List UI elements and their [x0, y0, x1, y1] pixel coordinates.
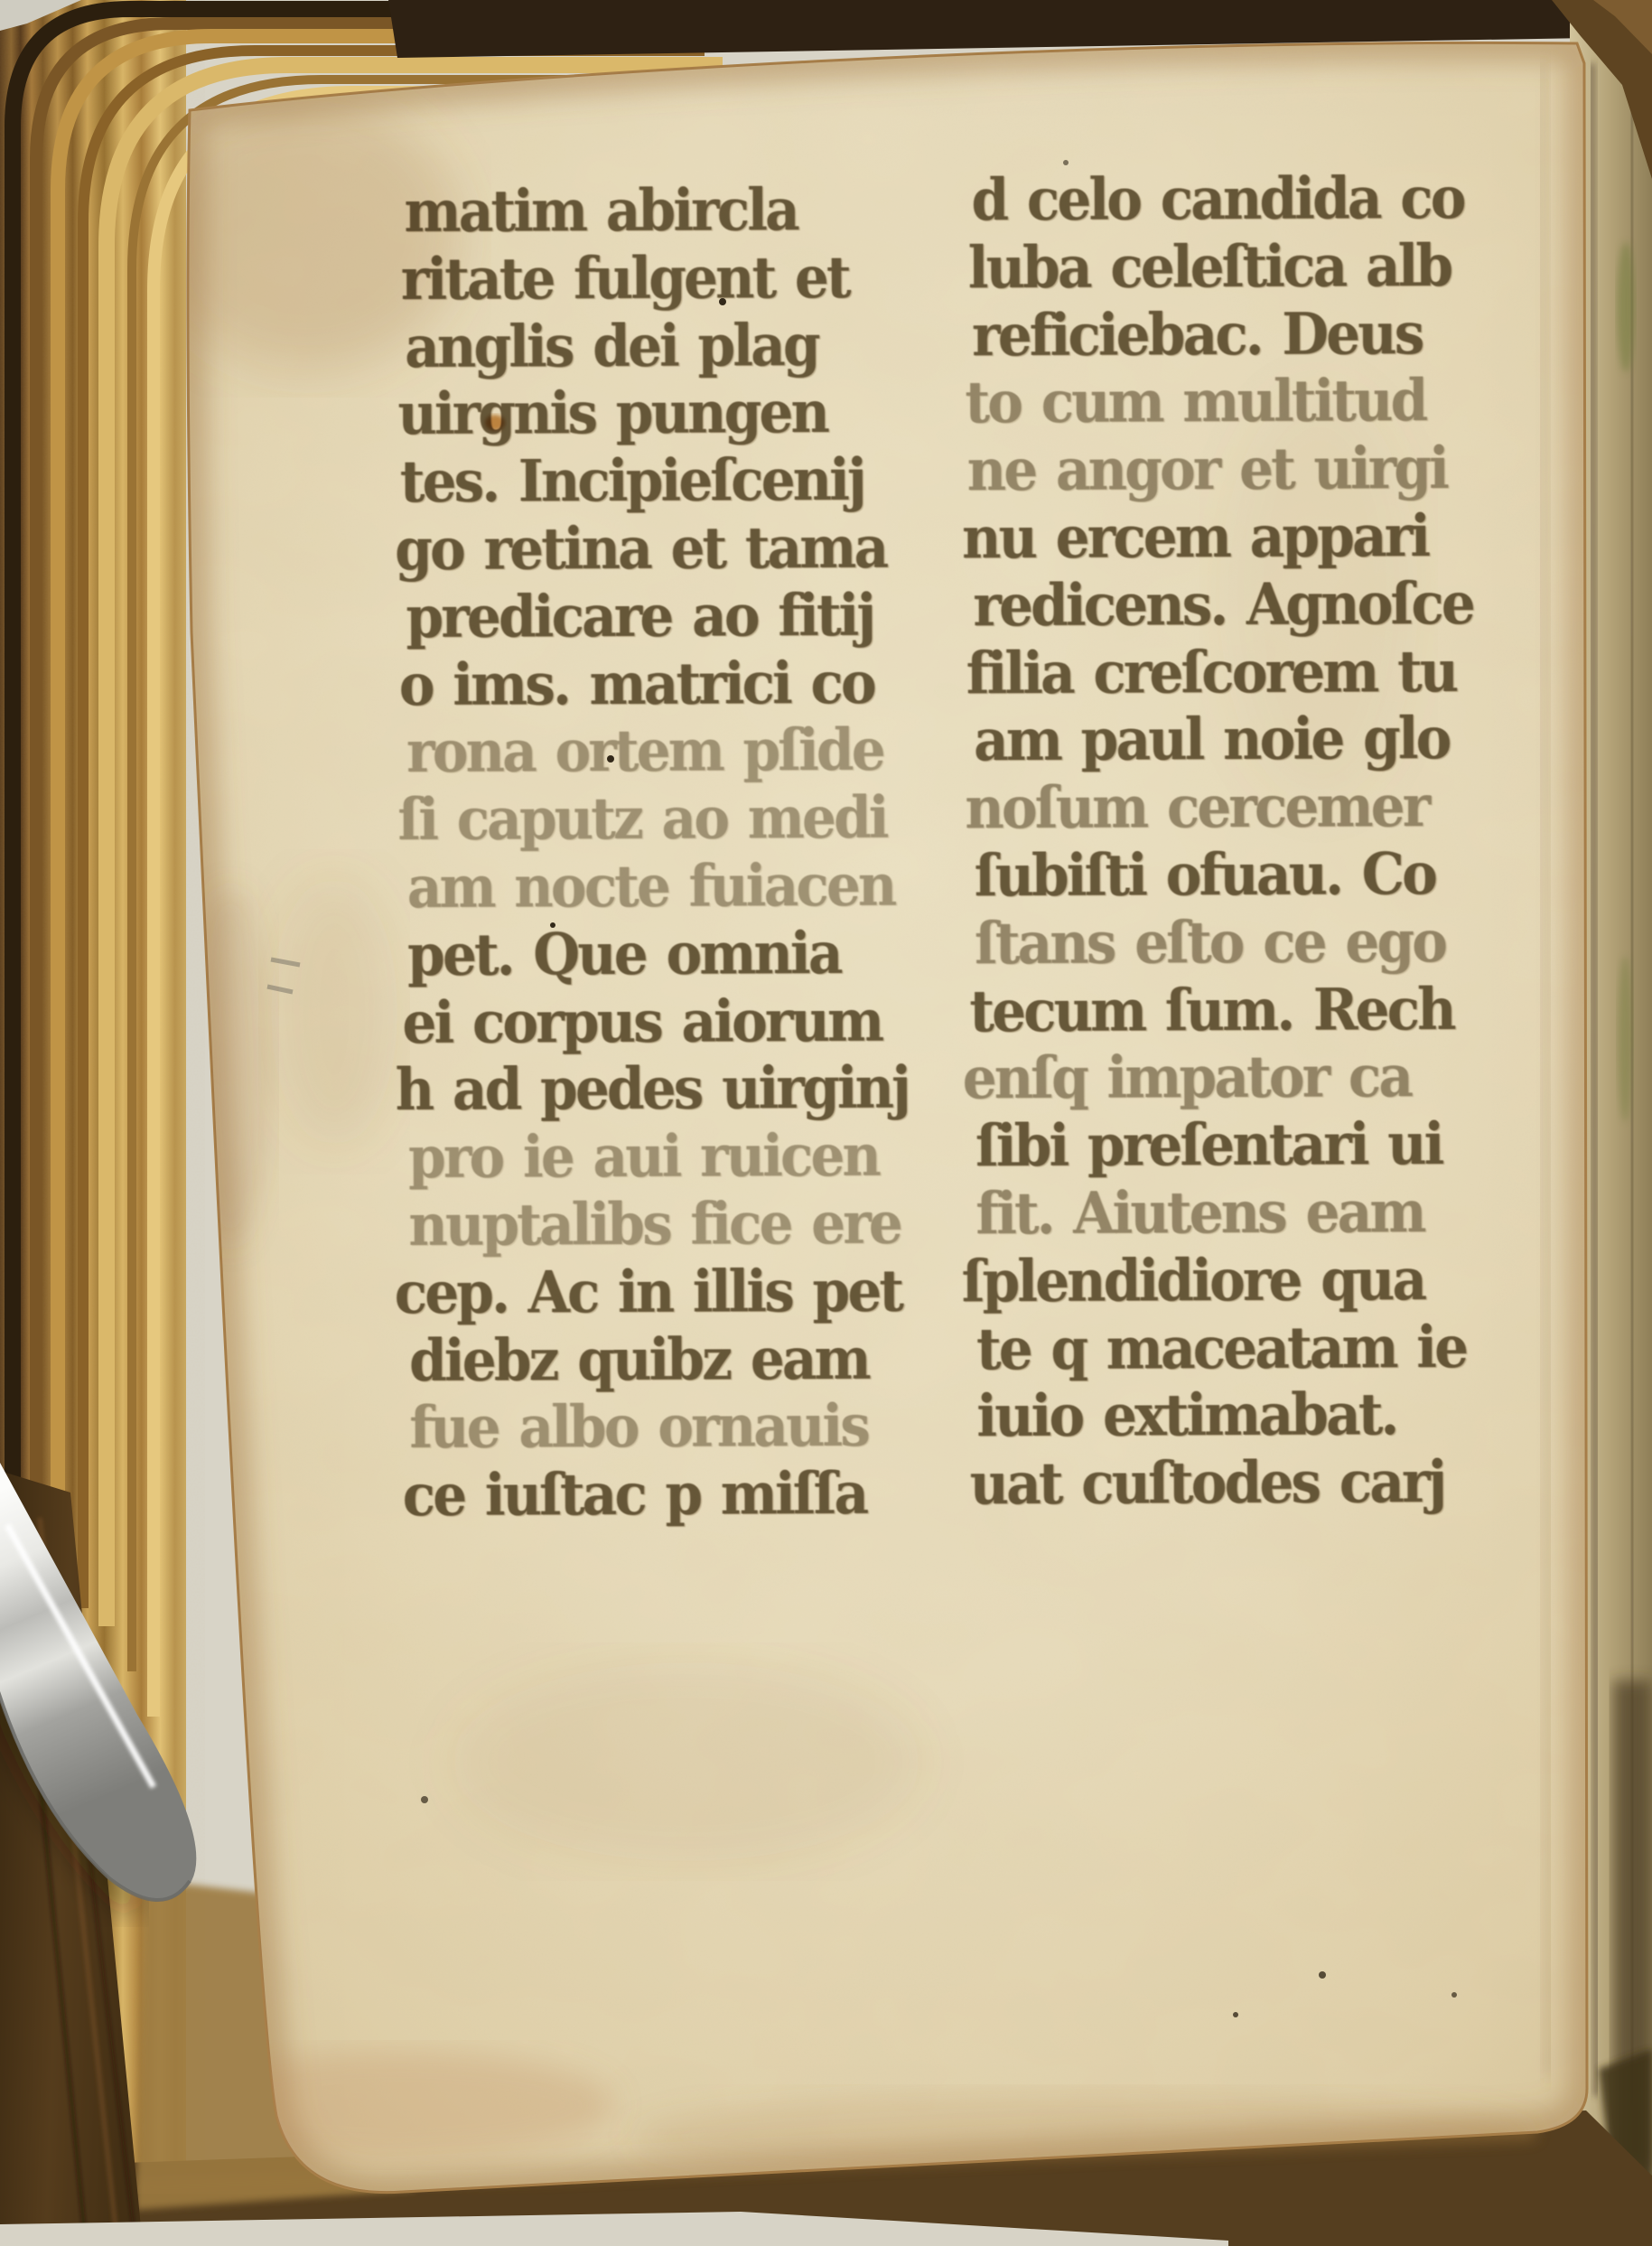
- page-surface: [154, 27, 1617, 2213]
- book-backdrop: [0, 0, 1652, 2246]
- green-tinge: [1617, 242, 1635, 372]
- green-tinge: [1618, 956, 1632, 1122]
- manuscript-photo: matim abirclaritate fulgent etanglis dei…: [0, 0, 1652, 2246]
